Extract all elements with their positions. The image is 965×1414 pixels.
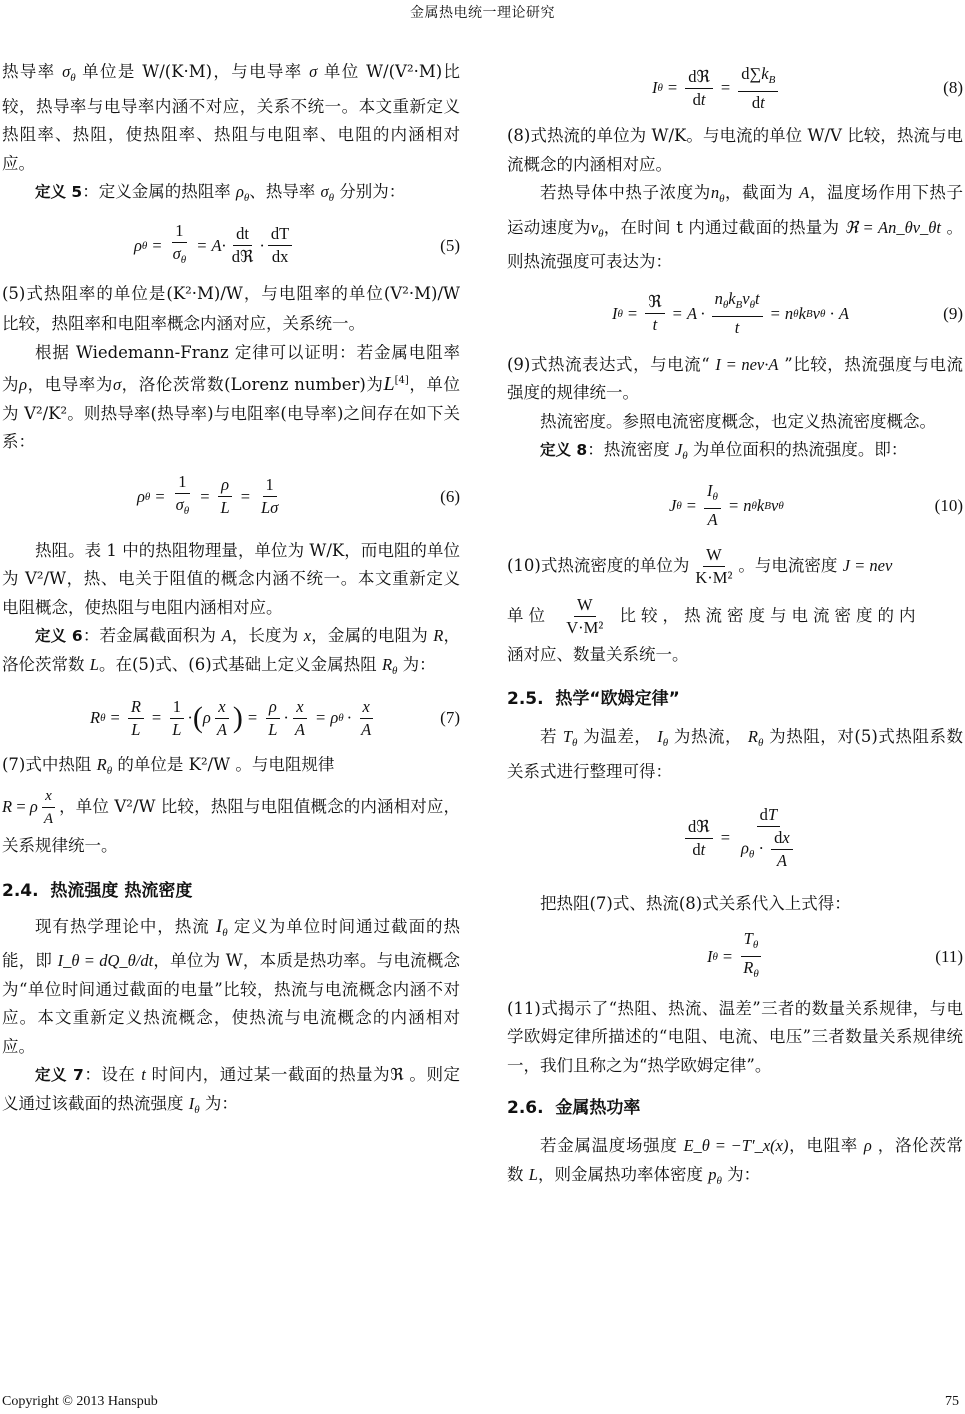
paragraph: 涵对应、数量关系统一。 xyxy=(507,641,963,670)
definition-8: 定义 8：热流密度 Jθ 为单位面积的热流强度。即： xyxy=(507,436,963,471)
section-heading-2-4: 2.4. 热流强度 热流密度 xyxy=(2,877,460,905)
paragraph: R = ρxA，单位 V²/W 比较，热阻与电阻值概念的内涵相对应，关系规律统一… xyxy=(2,786,460,863)
equation-7: Rθ= RL= 1L· (ρxA) = ρL· xA= ρθ· xA (7) xyxy=(2,685,460,751)
equation-number: (8) xyxy=(943,78,963,98)
equation-8: Iθ= dℜdt= d∑kBdt (8) xyxy=(507,54,963,122)
equation-11: Iθ= TθRθ (11) xyxy=(507,919,963,995)
paragraph: (10)式热流密度的单位为WK·M²。与电流密度 J = nev xyxy=(507,541,963,591)
definition-label: 定义 8 xyxy=(540,441,587,459)
paragraph: (8)式热流的单位为 W/K。与电流的单位 W/V 比较，热流与电流概念的内涵相… xyxy=(507,122,963,179)
paragraph: (11)式揭示了“热阻、热流、温差”三者的数量关系规律，与电学欧姆定律所描述的“… xyxy=(507,995,963,1081)
definition-6: 定义 6：若金属截面积为 A，长度为 x，金属的电阻为 R，洛伦茨常数 L。在(… xyxy=(2,622,460,685)
paragraph: 热流密度。参照电流密度概念，也定义热流密度概念。 xyxy=(507,408,963,437)
equation-number: (6) xyxy=(440,487,460,507)
copyright-footer: Copyright © 2013 Hanspub xyxy=(2,1394,158,1410)
paragraph: 若 Tθ 为温差， Iθ 为热流， Rθ 为热阻，对(5)式热阻系数关系式进行整… xyxy=(507,723,963,786)
paragraph: 根据 Wiedemann-Franz 定律可以证明：若金属电阻率为ρ，电导率为σ… xyxy=(2,339,460,457)
equation-6: ρθ = 1σθ = ρL = 1Lσ (6) xyxy=(2,457,460,537)
paragraph: 现有热学理论中，热流 Iθ 定义为单位时间通过截面的热能，即 I_θ = dQ_… xyxy=(2,913,460,1062)
page-number: 75 xyxy=(945,1394,959,1410)
running-head: 金属热电统一理论研究 xyxy=(0,2,965,22)
definition-label: 定义 6 xyxy=(35,627,83,645)
citation-ref[interactable]: [4] xyxy=(395,375,409,386)
definition-5: 定义 5：定义金属的热阻率 ρθ、热导率 σθ 分别为： xyxy=(2,178,460,213)
equation-10: Jθ= IθA= nθkBvθ (10) xyxy=(507,471,963,541)
paragraph: 热阻。表 1 中的热阻物理量，单位为 W/K，而电阻的单位为 V²/W，热、电关… xyxy=(2,537,460,623)
definition-7: 定义 7：设在 t 时间内，通过某一截面的热量为ℜ 。则定义通过该截面的热流强度… xyxy=(2,1061,460,1124)
left-column: 热导率 σθ 单位是 W/(K·M)，与电导率 σ 单位 W/(V²·M)比较，… xyxy=(2,58,460,1124)
paragraph: (9)式热流表达式，与电流“ I = nev·A ”比较，热流强度与电流强度的规… xyxy=(507,351,963,408)
paragraph: 单位 WV·M² 比较，热流密度与电流密度的内 xyxy=(507,591,963,641)
paragraph: (5)式热阻率的单位是(K²·M)/W，与电阻率的单位(V²·M)/W 比较，热… xyxy=(2,279,460,339)
equation-5: ρθ = 1σθ = A· dtdℜ · dTdx (5) xyxy=(2,213,460,279)
equation-number: (5) xyxy=(440,236,460,256)
equation-number: (9) xyxy=(943,304,963,324)
equation-number: (7) xyxy=(440,708,460,728)
paragraph: (7)式中热阻 Rθ 的单位是 K²/W 。与电阻规律 xyxy=(2,751,460,786)
equation-number: (11) xyxy=(935,947,963,967)
paragraph: 若热导体中热子浓度为nθ，截面为 A，温度场作用下热子运动速度为vθ，在时间 t… xyxy=(507,179,963,277)
equation-unnumbered: dℜdt= dTρθ · dxA xyxy=(507,786,963,890)
paragraph: 把热阻(7)式、热流(8)式关系代入上式得： xyxy=(507,890,963,919)
paragraph: 热导率 σθ 单位是 W/(K·M)，与电导率 σ 单位 W/(V²·M)比较，… xyxy=(2,58,460,178)
equation-number: (10) xyxy=(935,496,963,516)
section-heading-2-5: 2.5. 热学“欧姆定律” xyxy=(507,685,963,713)
paragraph: 若金属温度场强度 E_θ = −T′_x(x)，电阻率 ρ ，洛伦茨常数 L，则… xyxy=(507,1132,963,1195)
section-heading-2-6: 2.6. 金属热功率 xyxy=(507,1094,963,1122)
equation-9: Iθ= ℜt= A· nθkBvθtt= nθkBvθ·A (9) xyxy=(507,277,963,351)
definition-label: 定义 5 xyxy=(35,183,82,201)
definition-label: 定义 7 xyxy=(35,1066,84,1084)
right-column: Iθ= dℜdt= d∑kBdt (8) (8)式热流的单位为 W/K。与电流的… xyxy=(507,54,963,1195)
